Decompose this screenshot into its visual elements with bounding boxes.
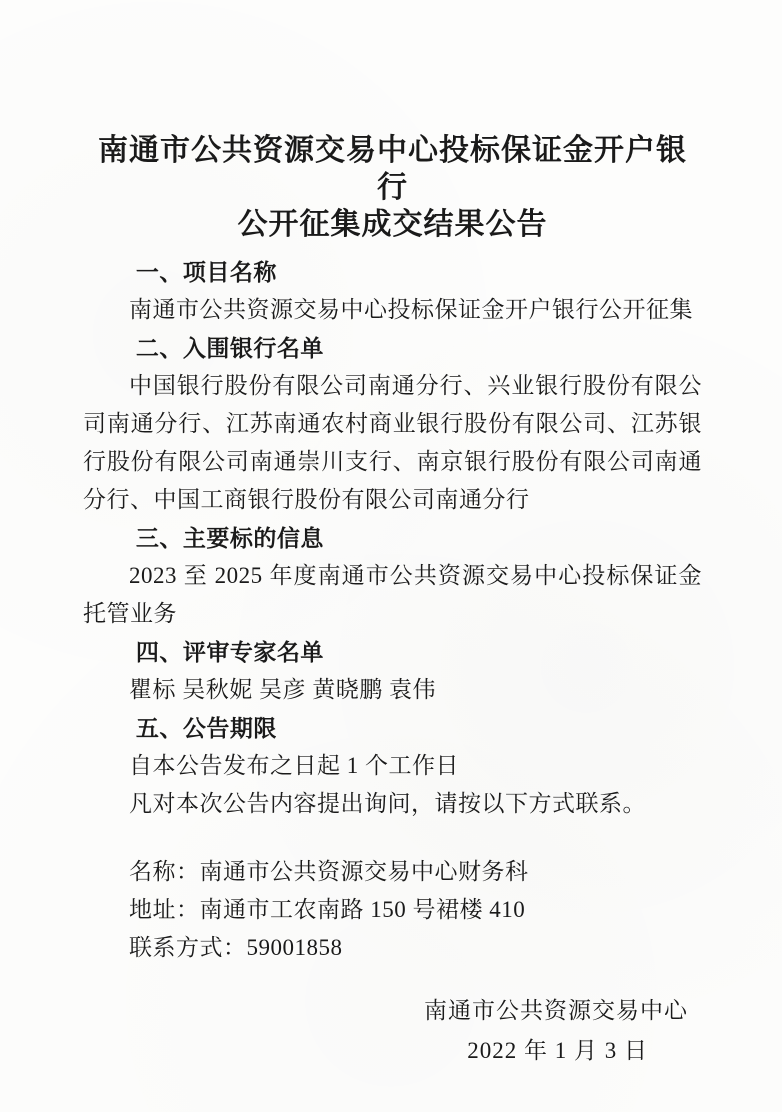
- document-title-line2: 公开征集成交结果公告: [238, 208, 548, 241]
- section-paragraph: 中国银行股份有限公司南通分行、兴业银行股份有限公司南通分行、江苏南通农村商业银行…: [83, 367, 702, 519]
- section-heading: 五、公告期限: [83, 709, 702, 747]
- section-paragraph: 瞿标 吴秋妮 吴彦 黄晓鹏 袁伟: [83, 671, 702, 709]
- scanned-announcement-page: 南通市公共资源交易中心投标保证金开户银行 公开征集成交结果公告 一、项目名称 南…: [0, 0, 782, 1112]
- contact-block: 名称：南通市公共资源交易中心财务科 地址：南通市工农南路 150 号裙楼 410…: [83, 853, 702, 967]
- section-announcement-period: 五、公告期限 自本公告发布之日起 1 个工作日 凡对本次公告内容提出询问，请按以…: [83, 709, 702, 823]
- contact-address-line: 地址：南通市工农南路 150 号裙楼 410: [83, 891, 702, 929]
- document-title: 南通市公共资源交易中心投标保证金开户银行 公开征集成交结果公告: [83, 132, 702, 243]
- contact-phone-line: 联系方式：59001858: [83, 929, 702, 967]
- section-shortlisted-banks: 二、入围银行名单 中国银行股份有限公司南通分行、兴业银行股份有限公司南通分行、江…: [83, 329, 702, 519]
- section-paragraph: 2023 至 2025 年度南通市公共资源交易中心投标保证金托管业务: [83, 557, 702, 633]
- document-content: 南通市公共资源交易中心投标保证金开户银行 公开征集成交结果公告 一、项目名称 南…: [83, 132, 702, 1071]
- document-title-line1: 南通市公共资源交易中心投标保证金开户银行: [98, 134, 687, 204]
- section-heading: 四、评审专家名单: [83, 633, 702, 671]
- section-heading: 二、入围银行名单: [83, 329, 702, 367]
- section-project-name: 一、项目名称 南通市公共资源交易中心投标保证金开户银行公开征集: [83, 253, 702, 329]
- section-heading: 三、主要标的信息: [83, 519, 702, 557]
- section-paragraph: 凡对本次公告内容提出询问，请按以下方式联系。: [83, 785, 702, 823]
- section-paragraph: 南通市公共资源交易中心投标保证金开户银行公开征集: [83, 291, 702, 329]
- contact-name-line: 名称：南通市公共资源交易中心财务科: [83, 853, 702, 891]
- section-subject-info: 三、主要标的信息 2023 至 2025 年度南通市公共资源交易中心投标保证金托…: [83, 519, 702, 633]
- signature-block: 南通市公共资源交易中心 2022 年 1 月 3 日: [83, 991, 702, 1071]
- signature-date: 2022 年 1 月 3 日: [83, 1031, 702, 1071]
- signature-organization: 南通市公共资源交易中心: [83, 991, 702, 1031]
- section-review-experts: 四、评审专家名单 瞿标 吴秋妮 吴彦 黄晓鹏 袁伟: [83, 633, 702, 709]
- section-heading: 一、项目名称: [83, 253, 702, 291]
- section-paragraph: 自本公告发布之日起 1 个工作日: [83, 747, 702, 785]
